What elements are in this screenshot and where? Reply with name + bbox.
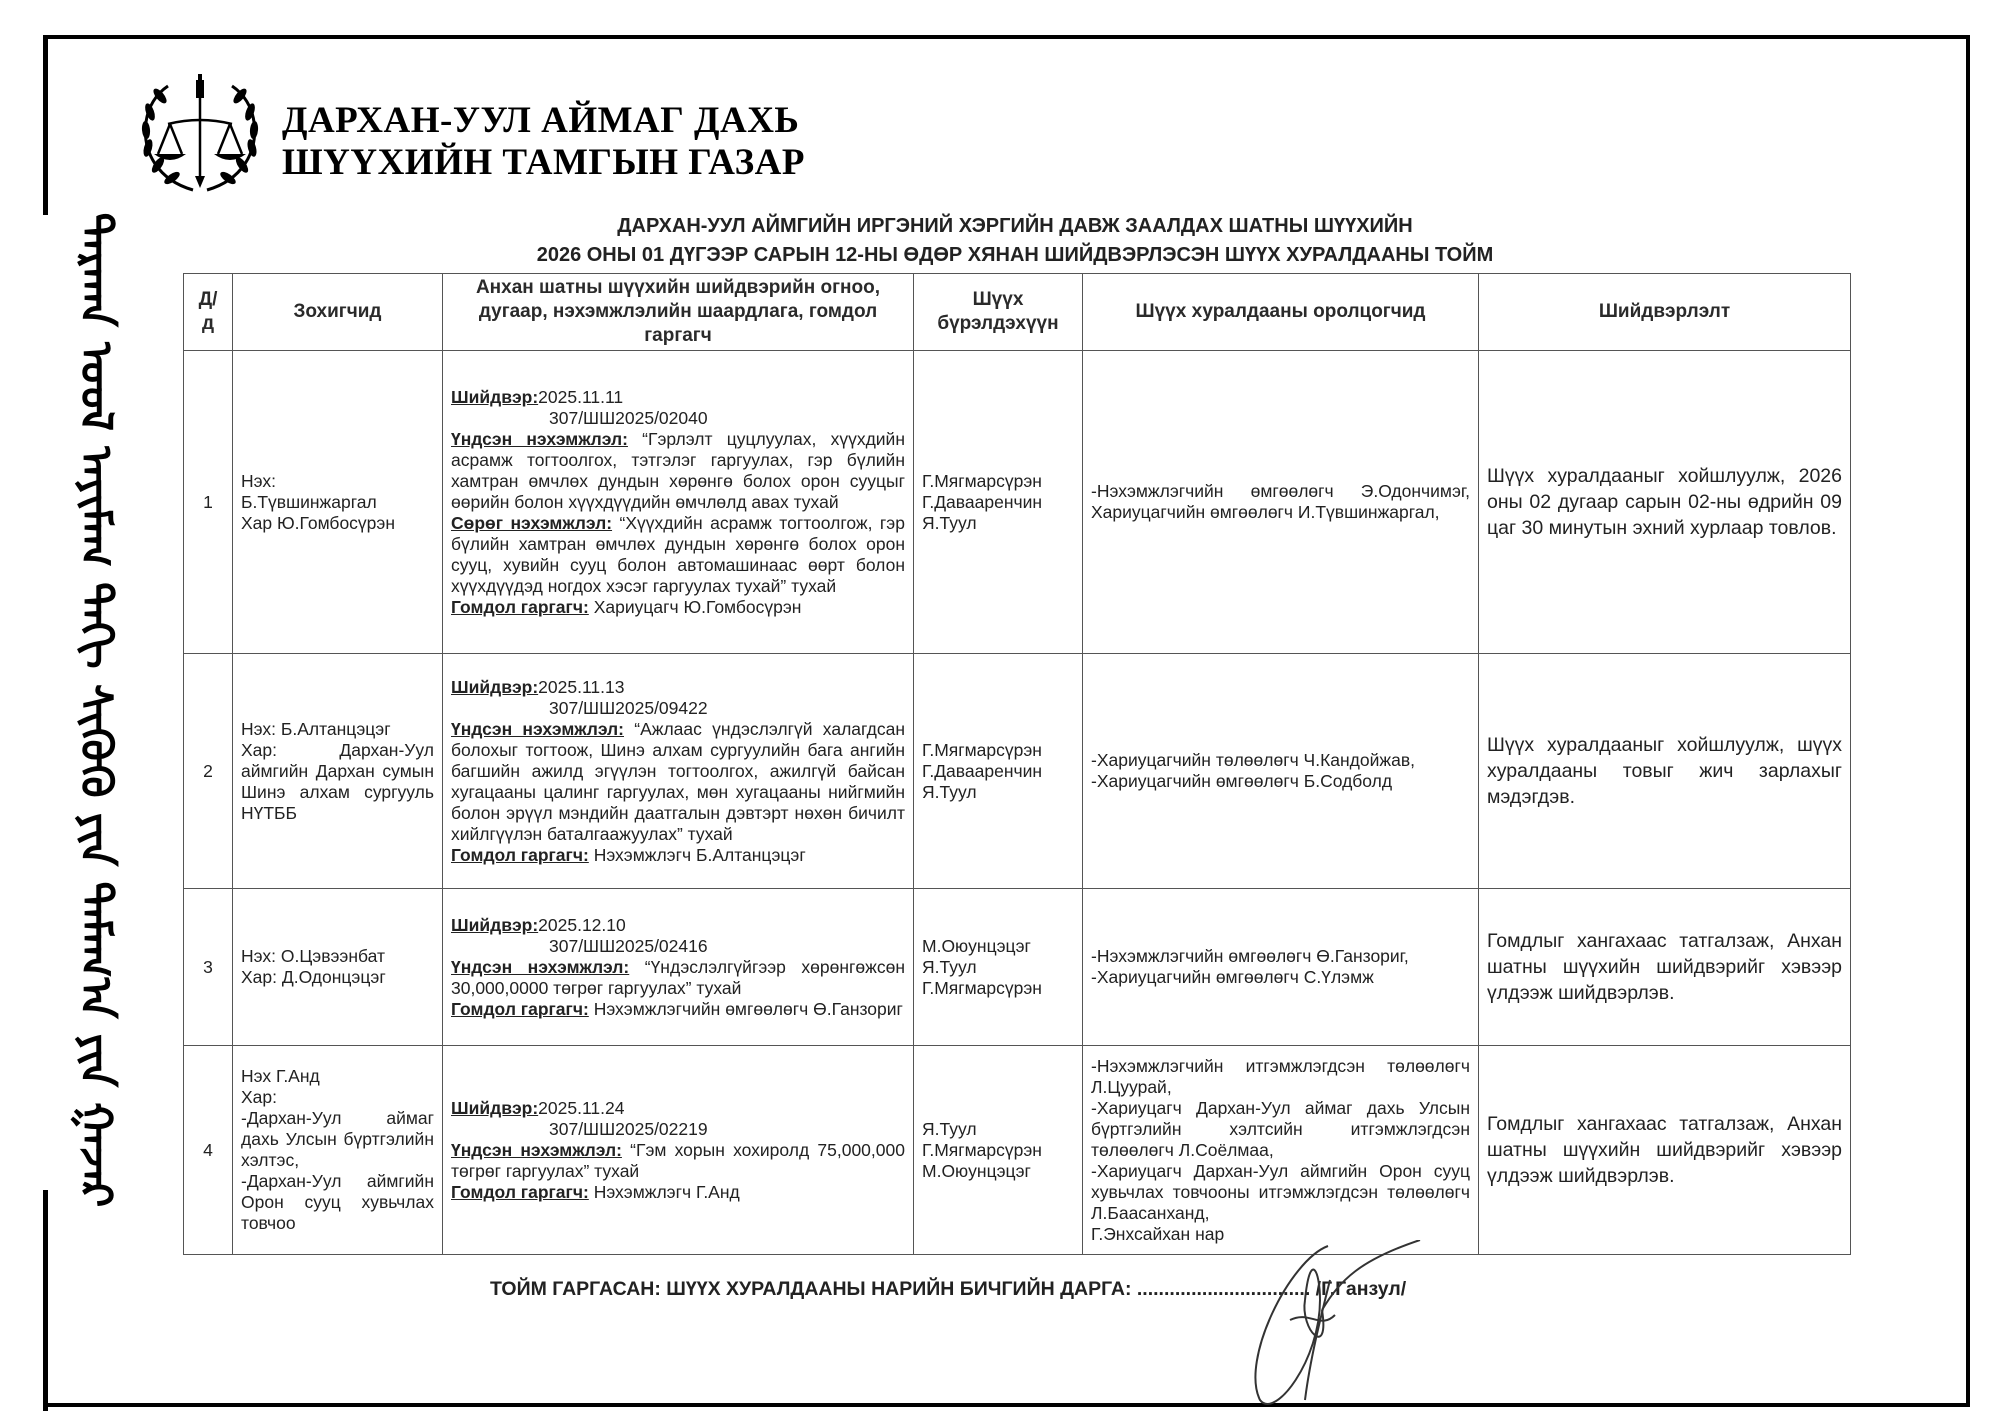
case-number: 307/ШШ2025/02416 (451, 936, 905, 957)
court-panel-cell: Я.Туул Г.Мягмарсүрэн М.Оюунцэцэг (914, 1046, 1083, 1255)
header-court-panel: Шүүх бүрэлдэхүүн (914, 274, 1083, 351)
parties-cell: Нэх Г.Анд Хар: -Дархан-Уул аймаг дахь Ул… (233, 1046, 443, 1255)
left-border-bottom (43, 1190, 48, 1411)
decision-cell: Шийдвэр:2025.12.10 307/ШШ2025/02416 Үндс… (443, 889, 914, 1046)
appellant-label: Гомдол гаргагч: (451, 999, 589, 1019)
case-number: 307/ШШ2025/02040 (451, 408, 905, 429)
judge-name: Г.Мягмарсүрэн (922, 978, 1074, 999)
counter-claim-label: Сөрөг нэхэмжлэл: (451, 513, 612, 533)
judge-name: Г.Давааренчин (922, 492, 1074, 513)
decision-date: 2025.11.24 (538, 1098, 624, 1118)
party-line: Б.Түвшинжаргал (241, 492, 434, 513)
appellant-name: Нэхэмжлэгчийн өмгөөлөгч Ө.Ганзориг (594, 999, 903, 1019)
header-participants: Шүүх хуралдааны оролцогчид (1083, 274, 1479, 351)
appellant-label: Гомдол гаргагч: (451, 597, 589, 617)
document-title-line1: ДАРХАН-УУЛ АЙМГИЙН ИРГЭНИЙ ХЭРГИЙН ДАВЖ … (180, 215, 1850, 238)
judge-name: Г.Мягмарсүрэн (922, 1140, 1074, 1161)
judge-name: Г.Давааренчин (922, 761, 1074, 782)
document-title-line2: 2026 ОНЫ 01 ДҮГЭЭР САРЫН 12-НЫ ӨДӨР ХЯНА… (180, 244, 1850, 267)
header-first-instance-decision: Анхан шатны шүүхийн шийдвэрийн огноо, ду… (443, 274, 914, 351)
participant-line: -Хариуцагчийн өмгөөлөгч С.Үлэмж (1091, 967, 1470, 988)
participant-line: -Хариуцагч Дархан-Уул аймгийн Орон сууц … (1091, 1161, 1470, 1224)
decision-date: 2025.11.13 (538, 677, 624, 697)
decision-label: Шийдвэр: (451, 677, 538, 697)
main-claim-label: Үндсэн нэхэмжлэл: (451, 957, 629, 977)
judge-name: Г.Мягмарсүрэн (922, 471, 1074, 492)
judge-name: Я.Туул (922, 513, 1074, 534)
party-line: -Дархан-Уул аймгийн Орон сууц хувьчлах т… (241, 1171, 434, 1234)
court-panel-cell: Г.Мягмарсүрэн Г.Давааренчин Я.Туул (914, 654, 1083, 889)
decision-label: Шийдвэр: (451, 1098, 538, 1118)
decision-date: 2025.11.11 (538, 387, 623, 407)
party-line: -Дархан-Уул аймаг дахь Улсын бүртгэлийн … (241, 1108, 434, 1171)
participant-line: -Хариуцагч Дархан-Уул аймаг дахь Улсын б… (1091, 1098, 1470, 1161)
appellant-label: Гомдол гаргагч: (451, 845, 589, 865)
ruling-cell: Гомдлыг хангахаас татгалзаж, Анхан шатны… (1479, 1046, 1851, 1255)
party-line: Хар: Дархан-Уул аймгийн Дархан сумын Шин… (241, 740, 434, 824)
row-number: 1 (184, 351, 233, 654)
org-name-line1: ДАРХАН-УУЛ АЙМАГ ДАХЬ (282, 100, 805, 142)
parties-cell: Нэх: Б.Алтанцэцэг Хар: Дархан-Уул аймгий… (233, 654, 443, 889)
main-claim-label: Үндсэн нэхэмжлэл: (451, 429, 628, 449)
table-row: 3 Нэх: О.Цэвээнбат Хар: Д.Одонцэцэг Шийд… (184, 889, 1851, 1046)
parties-cell: Нэх: О.Цэвээнбат Хар: Д.Одонцэцэг (233, 889, 443, 1046)
decision-cell: Шийдвэр:2025.11.13 307/ШШ2025/09422 Үндс… (443, 654, 914, 889)
ruling-cell: Шүүх хуралдааныг хойшлуулж, 2026 оны 02 … (1479, 351, 1851, 654)
parties-cell: Нэх: Б.Түвшинжаргал Хар Ю.Гомбосүрэн (233, 351, 443, 654)
header-ruling: Шийдвэрлэлт (1479, 274, 1851, 351)
case-number: 307/ШШ2025/02219 (451, 1119, 905, 1140)
court-panel-cell: Г.Мягмарсүрэн Г.Давааренчин Я.Туул (914, 351, 1083, 654)
header-number: Д/ д (184, 274, 233, 351)
participant-line: -Нэхэмжлэгчийн өмгөөлөгч Э.Одончимэг, Ха… (1091, 481, 1470, 523)
party-line: Нэх: Б.Алтанцэцэг (241, 719, 434, 740)
judge-name: Я.Туул (922, 782, 1074, 803)
party-line: Нэх Г.Анд (241, 1066, 434, 1087)
decision-date: 2025.12.10 (538, 915, 626, 935)
participant-line: -Нэхэмжлэгчийн итгэмжлэгдсэн төлөөлөгч Л… (1091, 1056, 1470, 1098)
mongolian-script-margin: ᠳᠠᠷᠬᠠᠨ ᠤᠤᠯ ᠠᠶᠢᠮᠠᠭ ᠳᠠᠬᠢ ᠰᠢᠭᠦᠬᠦ ᠶᠢᠨ ᠲᠠᠮᠠᠭ᠎… (55, 210, 135, 1210)
ruling-cell: Гомдлыг хангахаас татгалзаж, Анхан шатны… (1479, 889, 1851, 1046)
main-claim-label: Үндсэн нэхэмжлэл: (451, 719, 624, 739)
participants-cell: -Нэхэмжлэгчийн итгэмжлэгдсэн төлөөлөгч Л… (1083, 1046, 1479, 1255)
decision-label: Шийдвэр: (451, 387, 538, 407)
judge-name: Я.Туул (922, 957, 1074, 978)
table-header-row: Д/ д Зохигчид Анхан шатны шүүхийн шийдвэ… (184, 274, 1851, 351)
row-number: 4 (184, 1046, 233, 1255)
left-border-top (43, 35, 48, 215)
signature-icon (1210, 1240, 1450, 1410)
participant-line: -Хариуцагчийн төлөөлөгч Ч.Кандойжав, (1091, 750, 1470, 771)
judge-name: М.Оюунцэцэг (922, 936, 1074, 957)
org-name-line2: ШҮҮХИЙН ТАМГЫН ГАЗАР (282, 142, 805, 184)
row-number: 3 (184, 889, 233, 1046)
participants-cell: -Нэхэмжлэгчийн өмгөөлөгч Э.Одончимэг, Ха… (1083, 351, 1479, 654)
appellant-name: Нэхэмжлэгч Б.Алтанцэцэг (594, 845, 806, 865)
party-line: Хар: Д.Одонцэцэг (241, 967, 434, 988)
header-parties: Зохигчид (233, 274, 443, 351)
organization-name: ДАРХАН-УУЛ АЙМАГ ДАХЬ ШҮҮХИЙН ТАМГЫН ГАЗ… (282, 100, 805, 184)
case-number: 307/ШШ2025/09422 (451, 698, 905, 719)
table-row: 1 Нэх: Б.Түвшинжаргал Хар Ю.Гомбосүрэн Ш… (184, 351, 1851, 654)
decision-label: Шийдвэр: (451, 915, 538, 935)
party-line: Нэх: (241, 471, 434, 492)
row-number: 2 (184, 654, 233, 889)
hearing-summary-table: Д/ д Зохигчид Анхан шатны шүүхийн шийдвэ… (183, 273, 1851, 1255)
party-line: Нэх: О.Цэвээнбат (241, 946, 434, 967)
participant-line: -Нэхэмжлэгчийн өмгөөлөгч Ө.Ганзориг, (1091, 946, 1470, 967)
ruling-cell: Шүүх хуралдааныг хойшлуулж, шүүх хуралда… (1479, 654, 1851, 889)
appellant-name: Нэхэмжлэгч Г.Анд (594, 1182, 740, 1202)
decision-cell: Шийдвэр:2025.11.24 307/ШШ2025/02219 Үндс… (443, 1046, 914, 1255)
judge-name: Я.Туул (922, 1119, 1074, 1140)
main-claim-label: Үндсэн нэхэмжлэл: (451, 1140, 622, 1160)
table-row: 4 Нэх Г.Анд Хар: -Дархан-Уул аймаг дахь … (184, 1046, 1851, 1255)
participants-cell: -Нэхэмжлэгчийн өмгөөлөгч Ө.Ганзориг, -Ха… (1083, 889, 1479, 1046)
participant-line: -Хариуцагчийн өмгөөлөгч Б.Содболд (1091, 771, 1470, 792)
party-line: Хар: (241, 1087, 434, 1108)
judge-name: М.Оюунцэцэг (922, 1161, 1074, 1182)
appellant-name: Хариуцагч Ю.Гомбосүрэн (594, 597, 802, 617)
appellant-label: Гомдол гаргагч: (451, 1182, 589, 1202)
participants-cell: -Хариуцагчийн төлөөлөгч Ч.Кандойжав, -Ха… (1083, 654, 1479, 889)
judge-name: Г.Мягмарсүрэн (922, 740, 1074, 761)
decision-cell: Шийдвэр:2025.11.11 307/ШШ2025/02040 Үндс… (443, 351, 914, 654)
court-emblem-icon (138, 72, 262, 200)
court-panel-cell: М.Оюунцэцэг Я.Туул Г.Мягмарсүрэн (914, 889, 1083, 1046)
table-row: 2 Нэх: Б.Алтанцэцэг Хар: Дархан-Уул аймг… (184, 654, 1851, 889)
party-line: Хар Ю.Гомбосүрэн (241, 513, 434, 534)
